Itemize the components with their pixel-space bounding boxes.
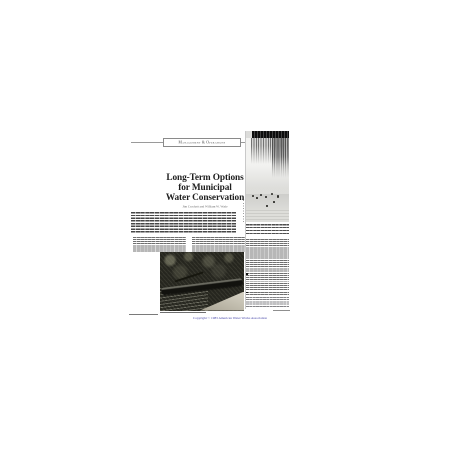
- column-divider-rule: [245, 131, 246, 309]
- copyright-line: Copyright © 1983 American Water Works As…: [131, 316, 329, 321]
- waterfall-sky-notch: [246, 131, 252, 138]
- right-column-paragraph: [246, 292, 289, 297]
- waterfall-mist: [246, 164, 289, 194]
- footnote-block: [246, 297, 289, 308]
- body-column-right: [192, 237, 245, 252]
- article-title: Long-Term Options for Municipal Water Co…: [160, 173, 250, 203]
- person-figure: [266, 205, 268, 207]
- right-column-end-line: [273, 310, 290, 311]
- waterfall-crest: [246, 131, 289, 138]
- pond-photo-caption: [160, 312, 206, 313]
- byline: Jim Crockett and William W. Wade: [160, 205, 250, 209]
- person-figure: [277, 195, 279, 198]
- title-line-1: Long-Term Options: [160, 173, 250, 183]
- section-label: Management & Operations: [164, 139, 240, 146]
- person-figure: [256, 197, 258, 199]
- scanned-journal-page: Management & Operations Long-Term Option…: [0, 0, 458, 458]
- right-column-paragraph: [246, 239, 289, 259]
- bullet-square-icon: [246, 292, 248, 294]
- body-column-left: [133, 237, 186, 252]
- copyright-wrap: Copyright © 1983 American Water Works As…: [131, 316, 329, 321]
- waterfall-photo-caption: [246, 224, 289, 236]
- right-column-bullet-paragraph: [246, 283, 289, 291]
- title-line-2: for Municipal: [160, 183, 250, 193]
- bullet-square-icon: [246, 273, 248, 275]
- title-line-3: Water Conservation: [160, 193, 250, 203]
- abstract-text-block: [131, 212, 236, 234]
- journal-footer-left: [129, 314, 158, 315]
- right-column-bullet-paragraph: [246, 273, 289, 282]
- waterfall-base-water: [246, 210, 289, 222]
- waterfall-photo: [246, 131, 289, 222]
- pond-log-photo: [160, 252, 244, 311]
- right-column-paragraph: [246, 260, 289, 273]
- branch: [174, 271, 203, 283]
- byline-wrap: Jim Crockett and William W. Wade: [160, 205, 250, 210]
- person-figure: [273, 201, 275, 203]
- section-label-box: Management & Operations: [163, 138, 241, 147]
